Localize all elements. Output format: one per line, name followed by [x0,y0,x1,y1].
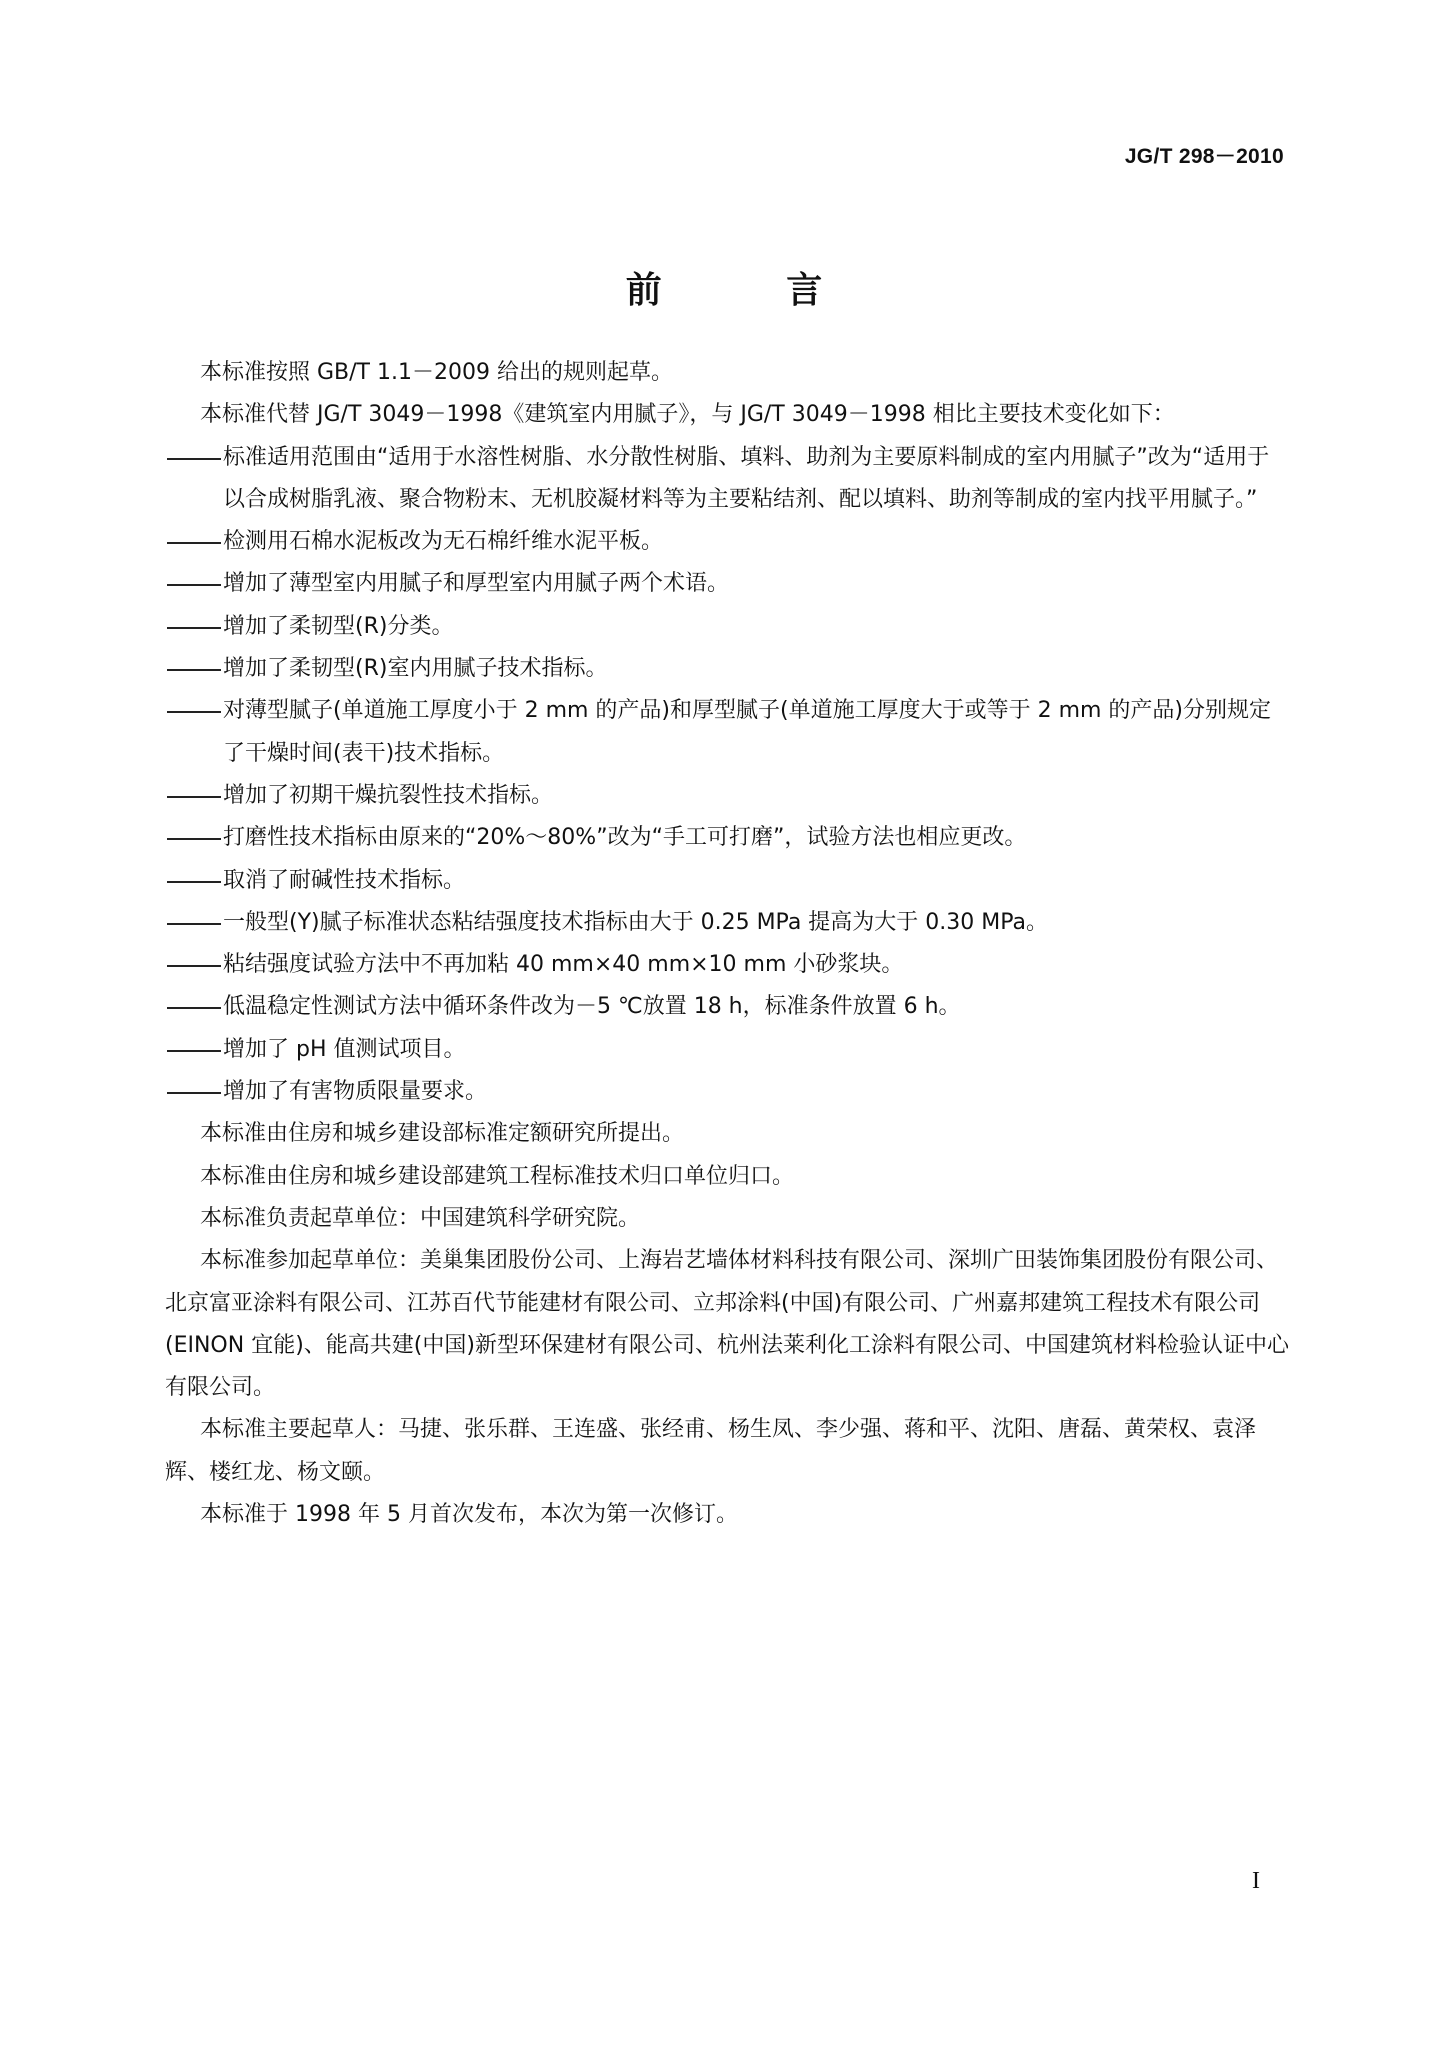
release-history-paragraph: 本标准于 1998 年 5 月首次发布，本次为第一次修订。 [165,1494,1290,1536]
main-drafters-paragraph: 本标准主要起草人：马捷、张乐群、王连盛、张经甫、杨生凤、李少强、蒋和平、沈阳、唐… [165,1409,1290,1494]
foreword-body: 本标准按照 GB/T 1.1－2009 给出的规则起草。 本标准代替 JG/T … [200,352,1290,1536]
administrator-paragraph: 本标准由住房和城乡建设部建筑工程标准技术归口单位归口。 [165,1156,1290,1198]
page-title: 前 言 [0,262,1448,313]
change-list-item: 标准适用范围由“适用于水溶性树脂、水分散性树脂、填料、助剂为主要原料制成的室内用… [165,437,1290,522]
change-list-item: 对薄型腻子(单道施工厚度小于 2 mm 的产品)和厚型腻子(单道施工厚度大于或等… [165,690,1290,775]
change-list-item: 增加了柔韧型(R)室内用腻子技术指标。 [165,648,1290,690]
change-list-item: 低温稳定性测试方法中循环条件改为－5 ℃放置 18 h，标准条件放置 6 h。 [165,986,1290,1028]
change-list-item: 增加了有害物质限量要求。 [165,1071,1290,1113]
change-list-item: 一般型(Y)腻子标准状态粘结强度技术指标由大于 0.25 MPa 提高为大于 0… [165,902,1290,944]
intro-paragraph: 本标准代替 JG/T 3049－1998《建筑室内用腻子》，与 JG/T 304… [165,394,1290,436]
lead-drafter-paragraph: 本标准负责起草单位：中国建筑科学研究院。 [165,1198,1290,1240]
intro-paragraph: 本标准按照 GB/T 1.1－2009 给出的规则起草。 [165,352,1290,394]
change-list-item: 打磨性技术指标由原来的“20%～80%”改为“手工可打磨”，试验方法也相应更改。 [165,817,1290,859]
standard-code-header: JG/T 298－2010 [1125,140,1284,170]
change-list-item: 取消了耐碱性技术指标。 [165,860,1290,902]
change-list-item: 增加了柔韧型(R)分类。 [165,606,1290,648]
change-list-item: 增加了 pH 值测试项目。 [165,1029,1290,1071]
proposer-paragraph: 本标准由住房和城乡建设部标准定额研究所提出。 [165,1113,1290,1155]
change-list-item: 增加了薄型室内用腻子和厚型室内用腻子两个术语。 [165,563,1290,605]
participating-units-paragraph: 本标准参加起草单位：美巢集团股份公司、上海岩艺墙体材料科技有限公司、深圳广田装饰… [165,1240,1290,1409]
change-list-item: 增加了初期干燥抗裂性技术指标。 [165,775,1290,817]
change-list-item: 粘结强度试验方法中不再加粘 40 mm×40 mm×10 mm 小砂浆块。 [165,944,1290,986]
page-number: I [1252,1868,1260,1895]
change-list-item: 检测用石棉水泥板改为无石棉纤维水泥平板。 [165,521,1290,563]
